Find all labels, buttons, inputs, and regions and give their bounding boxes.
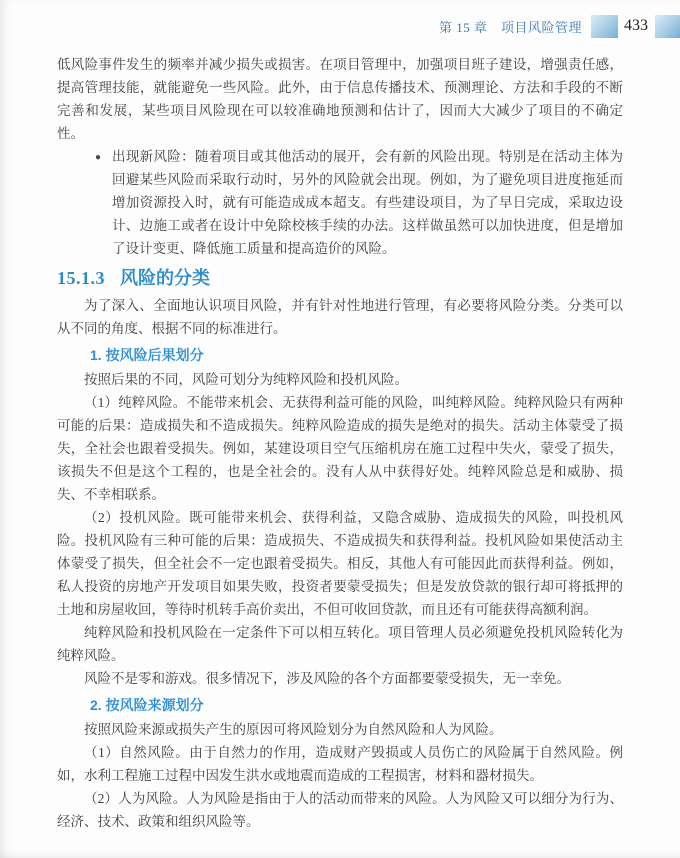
numbered-paragraph-pure-risk: （1）纯粹风险。不能带来机会、无获得利益可能的风险，叫纯粹风险。纯粹风险只有两种… bbox=[57, 391, 623, 506]
bullet-icon: ● bbox=[95, 146, 101, 169]
section-heading: 15.1.3风险的分类 bbox=[57, 266, 623, 290]
bullet-list-item: ● 出现新风险：随着项目或其他活动的展开，会有新的风险出现。特别是在活动主体为回… bbox=[112, 145, 623, 260]
subsection-heading-2: 2. 按风险来源划分 bbox=[90, 696, 623, 714]
running-head-chapter-title: 第 15 章 项目风险管理 bbox=[439, 17, 582, 36]
page-header: 第 15 章 项目风险管理 433 bbox=[0, 14, 680, 38]
paragraph: 按照后果的不同，风险可划分为纯粹风险和投机风险。 bbox=[57, 368, 623, 391]
numbered-paragraph-natural-risk: （1）自然风险。由于自然力的作用，造成财产毁损或人员伤亡的风险属于自然风险。例如… bbox=[57, 741, 623, 787]
header-decoration-box bbox=[591, 15, 618, 38]
section-number: 15.1.3 bbox=[57, 268, 105, 288]
section-title: 风险的分类 bbox=[120, 268, 210, 288]
header-decoration-box-edge bbox=[655, 15, 680, 38]
numbered-paragraph-speculative-risk: （2）投机风险。既可能带来机会、获得利益，又隐含威胁、造成损失的风险，叫投机风险… bbox=[57, 506, 623, 621]
paragraph: 风险不是零和游戏。很多情况下，涉及风险的各个方面都要蒙受损失，无一幸免。 bbox=[57, 667, 623, 690]
continuation-paragraph: 低风险事件发生的频率并减少损失或损害。在项目管理中，加强项目班子建设，增强责任感… bbox=[57, 53, 623, 145]
section-intro-paragraph: 为了深入、全面地认识项目风险，并有针对性地进行管理，有必要将风险分类。分类可以从… bbox=[57, 294, 623, 340]
page-number: 433 bbox=[624, 17, 648, 35]
page-body: 低风险事件发生的频率并减少损失或损害。在项目管理中，加强项目班子建设，增强责任感… bbox=[57, 53, 623, 833]
subsection-heading-1: 1. 按风险后果划分 bbox=[90, 346, 623, 364]
bullet-item-text: 出现新风险：随着项目或其他活动的展开，会有新的风险出现。特别是在活动主体为回避某… bbox=[112, 145, 623, 260]
paragraph: 纯粹风险和投机风险在一定条件下可以相互转化。项目管理人员必须避免投机风险转化为纯… bbox=[57, 621, 623, 667]
numbered-paragraph-human-risk: （2）人为风险。人为风险是指由于人的活动而带来的风险。人为风险又可以细分为行为、… bbox=[57, 787, 623, 833]
paragraph: 按照风险来源或损失产生的原因可将风险划分为自然风险和人为风险。 bbox=[57, 718, 623, 741]
